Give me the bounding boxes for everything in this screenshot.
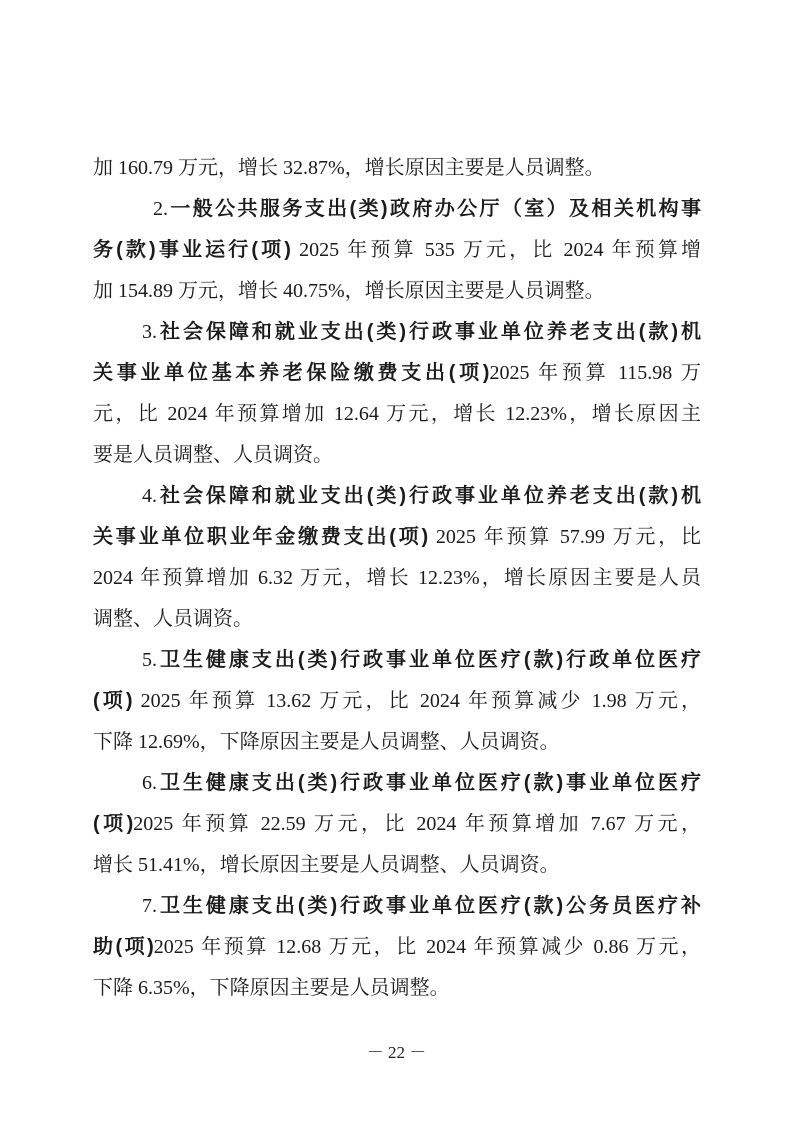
text-line: 要是人员调整、人员调资。 — [93, 435, 701, 476]
text-segment: 4. — [142, 485, 157, 507]
text-segment: 2024 年预算增加 6.32 万元，增长 12.23%，增长原因主要是人员 — [93, 567, 701, 589]
paragraph-item-5: 5.卫生健康支出(类)行政事业单位医疗(款)行政单位医疗(项) 2025 年预算… — [93, 640, 701, 763]
text-segment: 2. — [153, 198, 168, 220]
text-line: 下降 6.35%，下降原因主要是人员调整。 — [93, 968, 701, 1009]
text-line: 2024 年预算增加 6.32 万元，增长 12.23%，增长原因主要是人员 — [93, 558, 701, 599]
budget-item-title-segment: 卫生健康支出(类)行政事业单位医疗(款)事业单位医疗 — [157, 772, 701, 794]
text-line: (项) 2025 年预算 13.62 万元，比 2024 年预算减少 1.98 … — [93, 681, 701, 722]
text-segment: 增长 51.41%，增长原因主要是人员调整、人员调资。 — [93, 854, 560, 876]
paragraph-item-3: 3.社会保障和就业支出(类)行政事业单位养老支出(款)机关事业单位基本养老保险缴… — [93, 312, 701, 476]
budget-item-title-segment: 一般公共服务支出(类)政府办公厅（室）及相关机构事 — [168, 198, 701, 220]
budget-item-title-segment: 务(款)事业运行(项) — [93, 239, 291, 261]
text-segment: 2025 年预算 22.59 万元，比 2024 年预算增加 7.67 万元， — [133, 813, 701, 835]
paragraph-item-7: 7.卫生健康支出(类)行政事业单位医疗(款)公务员医疗补助(项)2025 年预算… — [93, 886, 701, 1009]
text-line: 调整、人员调资。 — [93, 599, 701, 640]
text-line: 2.一般公共服务支出(类)政府办公厅（室）及相关机构事 — [93, 189, 701, 230]
document-body: 加 160.79 万元，增长 32.87%，增长原因主要是人员调整。2.一般公共… — [93, 148, 701, 1009]
text-segment: 2025 年预算 57.99 万元，比 — [428, 526, 701, 548]
text-line: 加 160.79 万元，增长 32.87%，增长原因主要是人员调整。 — [93, 148, 701, 189]
text-line: (项)2025 年预算 22.59 万元，比 2024 年预算增加 7.67 万… — [93, 804, 701, 845]
text-line: 务(款)事业运行(项) 2025 年预算 535 万元，比 2024 年预算增 — [93, 230, 701, 271]
text-line: 6.卫生健康支出(类)行政事业单位医疗(款)事业单位医疗 — [93, 763, 701, 804]
text-line: 关事业单位基本养老保险缴费支出(项)2025 年预算 115.98 万 — [93, 353, 701, 394]
text-line: 7.卫生健康支出(类)行政事业单位医疗(款)公务员医疗补 — [93, 886, 701, 927]
text-line: 元，比 2024 年预算增加 12.64 万元，增长 12.23%，增长原因主 — [93, 394, 701, 435]
budget-item-title-segment: (项) — [93, 690, 133, 712]
text-line: 增长 51.41%，增长原因主要是人员调整、人员调资。 — [93, 845, 701, 886]
paragraph-item-1-continuation: 加 160.79 万元，增长 32.87%，增长原因主要是人员调整。 — [93, 148, 701, 189]
text-line: 4.社会保障和就业支出(类)行政事业单位养老支出(款)机 — [93, 476, 701, 517]
text-line: 加 154.89 万元，增长 40.75%，增长原因主要是人员调整。 — [93, 271, 701, 312]
page-footer: － 22 － — [0, 1041, 793, 1065]
text-segment: 下降 6.35%，下降原因主要是人员调整。 — [93, 977, 450, 999]
text-segment: 要是人员调整、人员调资。 — [93, 444, 333, 466]
budget-item-title-segment: 关事业单位职业年金缴费支出(项) — [93, 526, 428, 548]
text-segment: 加 160.79 万元，增长 32.87%，增长原因主要是人员调整。 — [93, 157, 605, 179]
paragraph-item-2: 2.一般公共服务支出(类)政府办公厅（室）及相关机构事务(款)事业运行(项) 2… — [93, 189, 701, 312]
text-segment: 加 154.89 万元，增长 40.75%，增长原因主要是人员调整。 — [93, 280, 605, 302]
text-segment: 5. — [142, 649, 157, 671]
document-page: 加 160.79 万元，增长 32.87%，增长原因主要是人员调整。2.一般公共… — [0, 0, 793, 1122]
text-line: 下降 12.69%，下降原因主要是人员调整、人员调资。 — [93, 722, 701, 763]
text-line: 关事业单位职业年金缴费支出(项) 2025 年预算 57.99 万元，比 — [93, 517, 701, 558]
text-segment: 3. — [142, 321, 157, 343]
text-segment: 2025 年预算 13.62 万元，比 2024 年预算减少 1.98 万元， — [133, 690, 701, 712]
page-number: － 22 － — [367, 1043, 427, 1062]
budget-item-title-segment: 助(项) — [93, 936, 154, 958]
budget-item-title-segment: (项) — [93, 813, 133, 835]
text-segment: 2025 年预算 535 万元，比 2024 年预算增 — [291, 239, 701, 261]
budget-item-title-segment: 社会保障和就业支出(类)行政事业单位养老支出(款)机 — [157, 321, 701, 343]
text-line: 5.卫生健康支出(类)行政事业单位医疗(款)行政单位医疗 — [93, 640, 701, 681]
text-segment: 6. — [142, 772, 157, 794]
budget-item-title-segment: 卫生健康支出(类)行政事业单位医疗(款)行政单位医疗 — [157, 649, 701, 671]
text-line: 3.社会保障和就业支出(类)行政事业单位养老支出(款)机 — [93, 312, 701, 353]
budget-item-title-segment: 卫生健康支出(类)行政事业单位医疗(款)公务员医疗补 — [157, 895, 701, 917]
text-segment: 7. — [142, 895, 157, 917]
text-segment: 元，比 2024 年预算增加 12.64 万元，增长 12.23%，增长原因主 — [93, 403, 701, 425]
paragraph-item-4: 4.社会保障和就业支出(类)行政事业单位养老支出(款)机关事业单位职业年金缴费支… — [93, 476, 701, 640]
budget-item-title-segment: 关事业单位基本养老保险缴费支出(项) — [93, 362, 489, 384]
text-line: 助(项)2025 年预算 12.68 万元，比 2024 年预算减少 0.86 … — [93, 927, 701, 968]
text-segment: 2025 年预算 115.98 万 — [489, 362, 701, 384]
text-segment: 2025 年预算 12.68 万元，比 2024 年预算减少 0.86 万元， — [154, 936, 701, 958]
text-segment: 调整、人员调资。 — [93, 608, 253, 630]
budget-item-title-segment: 社会保障和就业支出(类)行政事业单位养老支出(款)机 — [157, 485, 701, 507]
text-segment: 下降 12.69%，下降原因主要是人员调整、人员调资。 — [93, 731, 560, 753]
paragraph-item-6: 6.卫生健康支出(类)行政事业单位医疗(款)事业单位医疗(项)2025 年预算 … — [93, 763, 701, 886]
